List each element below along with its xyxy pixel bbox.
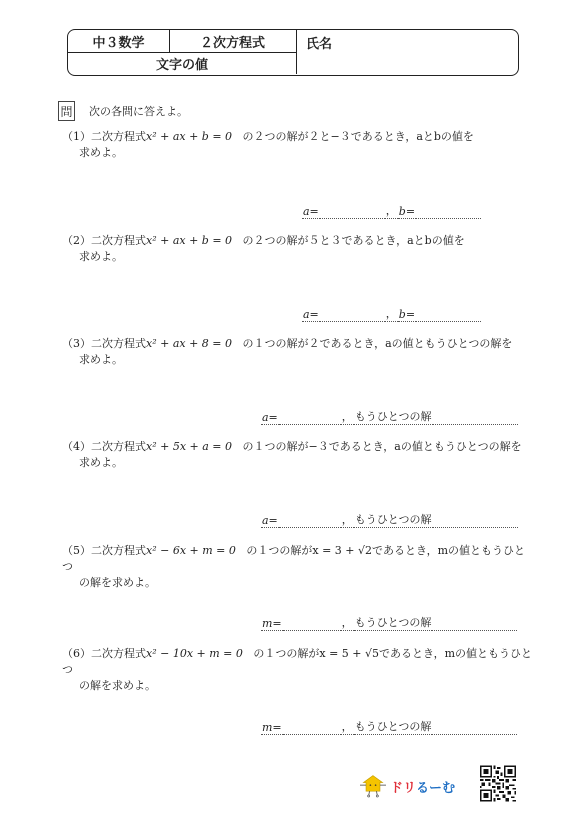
answer-sep: ，: [385, 202, 398, 219]
answer-line-6[interactable]: m= ， もうひとつの解: [261, 718, 517, 735]
question-text-cont: 求めよ。: [62, 145, 532, 161]
instruction-text: 次の各問に答えよ。: [89, 103, 188, 119]
answer-label-a: a=: [302, 205, 320, 219]
answer-blank-other[interactable]: [433, 412, 518, 425]
answer-blank-b[interactable]: [416, 309, 481, 322]
question-number: （3）: [62, 337, 91, 350]
question-prefix: 二次方程式: [91, 544, 146, 557]
answer-label-a: a=: [302, 308, 320, 322]
equation: x² − 10x + m = 0: [146, 647, 243, 660]
answer-label-b: b=: [398, 205, 416, 219]
subtopic-label: 文字の値: [68, 52, 297, 74]
name-field[interactable]: [297, 52, 517, 74]
question-text: の２つの解が２と−３であるとき，aとbの値を: [243, 130, 474, 143]
brand-char: リ: [403, 781, 416, 796]
question-number: （6）: [62, 647, 91, 660]
answer-label-other: もうひとつの解: [354, 614, 433, 631]
answer-line-2[interactable]: a= ， b=: [302, 305, 481, 322]
question-text-cont: の解を求めよ。: [62, 678, 532, 694]
answer-blank-other[interactable]: [432, 618, 517, 631]
answer-label-other: もうひとつの解: [354, 718, 433, 735]
question-prefix: 二次方程式: [91, 440, 146, 453]
grade-label: 中３数学: [68, 30, 170, 53]
worksheet-header: 中３数学 ２次方程式 文字の値 氏名: [67, 29, 519, 76]
answer-blank-other[interactable]: [433, 515, 518, 528]
question-text-cont: 求めよ。: [62, 352, 532, 368]
question-prefix: 二次方程式: [91, 647, 146, 660]
question-1: （1）二次方程式x² + ax + b = 0 の２つの解が２と−３であるとき，…: [62, 129, 532, 161]
brand-char: ー: [429, 781, 442, 796]
answer-blank-a[interactable]: [279, 515, 341, 528]
answer-blank-a[interactable]: [320, 309, 385, 322]
question-3: （3）二次方程式x² + ax + 8 = 0 の１つの解が２であるとき，aの値…: [62, 336, 532, 368]
instruction: 問 次の各問に答えよ。: [58, 101, 188, 121]
question-2: （2）二次方程式x² + ax + b = 0 の２つの解が５と３であるとき，a…: [62, 233, 532, 265]
answer-line-4[interactable]: a= ， もうひとつの解: [261, 511, 518, 528]
equation: x² + 5x + a = 0: [146, 440, 232, 453]
answer-label-a: a=: [261, 411, 279, 425]
question-prefix: 二次方程式: [91, 337, 146, 350]
equation: x² + ax + b = 0: [146, 130, 232, 143]
brand-char: る: [416, 781, 429, 796]
answer-line-5[interactable]: m= ， もうひとつの解: [261, 614, 517, 631]
answer-label-other: もうひとつの解: [354, 511, 433, 528]
equation: x² + ax + 8 = 0: [146, 337, 232, 350]
answer-line-1[interactable]: a= ， b=: [302, 202, 481, 219]
question-badge: 問: [58, 101, 75, 121]
answer-blank-m[interactable]: [283, 722, 341, 735]
qr-code-icon[interactable]: [480, 765, 516, 802]
answer-sep: ，: [341, 511, 354, 528]
equation: x² + ax + b = 0: [146, 234, 232, 247]
topic-label: ２次方程式: [169, 30, 297, 53]
question-number: （5）: [62, 544, 91, 557]
answer-label-m: m=: [261, 721, 283, 735]
answer-blank-other[interactable]: [432, 722, 517, 735]
name-label: 氏名: [306, 32, 332, 52]
answer-blank-a[interactable]: [279, 412, 341, 425]
answer-blank-m[interactable]: [283, 618, 341, 631]
answer-sep: ，: [341, 718, 354, 735]
question-4: （4）二次方程式x² + 5x + a = 0 の１つの解が−３であるとき，aの…: [62, 439, 532, 471]
answer-label-m: m=: [261, 617, 283, 631]
answer-label-other: もうひとつの解: [354, 408, 433, 425]
brand-char: む: [442, 781, 455, 796]
question-prefix: 二次方程式: [91, 234, 146, 247]
answer-sep: ，: [341, 614, 354, 631]
question-text: の１つの解が２であるとき，aの値ともうひとつの解を: [243, 337, 513, 350]
answer-sep: ，: [385, 305, 398, 322]
brand-char: ド: [390, 781, 403, 796]
question-number: （4）: [62, 440, 91, 453]
question-text-cont: 求めよ。: [62, 249, 532, 265]
answer-label-b: b=: [398, 308, 416, 322]
question-prefix: 二次方程式: [91, 130, 146, 143]
answer-blank-b[interactable]: [416, 206, 481, 219]
brand-logo: ドリるーむ: [360, 773, 455, 799]
mascot-icon: [360, 773, 386, 799]
question-5: （5）二次方程式x² − 6x + m = 0 の１つの解がx = 3 + √2…: [62, 543, 532, 591]
question-text: の２つの解が５と３であるとき，aとbの値を: [243, 234, 465, 247]
question-text: の１つの解が−３であるとき，aの値ともうひとつの解を: [243, 440, 522, 453]
answer-line-3[interactable]: a= ， もうひとつの解: [261, 408, 518, 425]
answer-blank-a[interactable]: [320, 206, 385, 219]
brand-name: ドリるーむ: [390, 777, 455, 796]
question-text-cont: の解を求めよ。: [62, 575, 532, 591]
answer-label-a: a=: [261, 514, 279, 528]
answer-sep: ，: [341, 408, 354, 425]
equation: x² − 6x + m = 0: [146, 544, 236, 557]
question-text-cont: 求めよ。: [62, 455, 532, 471]
question-number: （2）: [62, 234, 91, 247]
question-6: （6）二次方程式x² − 10x + m = 0 の１つの解がx = 5 + √…: [62, 646, 532, 694]
question-number: （1）: [62, 129, 91, 145]
